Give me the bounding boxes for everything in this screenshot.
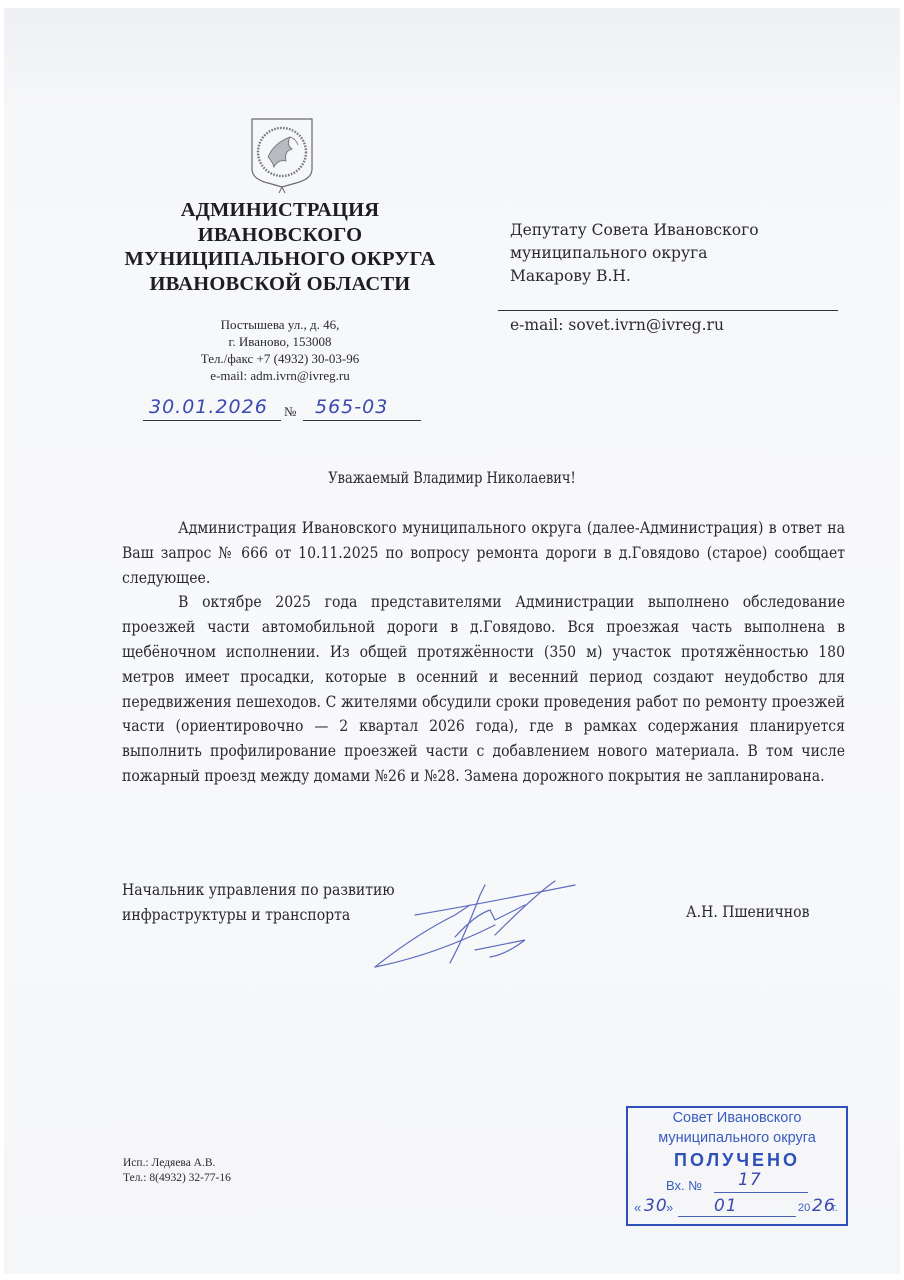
stamp-org-line: муниципального округа [628, 1130, 846, 1146]
recipient-line: муниципального округа [510, 242, 850, 265]
stamp-day: 30 [644, 1196, 668, 1216]
stamp-year-prefix: 20 [798, 1202, 810, 1214]
greeting-text: Уважаемый Владимир Николаевич! [328, 469, 575, 487]
organization-name: АДМИНИСТРАЦИЯ ИВАНОВСКОГО МУНИЦИПАЛЬНОГО… [110, 198, 450, 296]
phone-line: Тел./факс +7 (4932) 30-03-96 [130, 350, 430, 367]
stamp-year-g: г. [832, 1202, 838, 1214]
received-stamp: Совет Ивановского муниципального округа … [626, 1106, 848, 1226]
recipient-email: e-mail: sovet.ivrn@ivreg.ru [510, 314, 724, 336]
executor-phone: Тел.: 8(4932) 32-77-16 [123, 1171, 231, 1186]
recipient-name: Макарову В.Н. [510, 265, 850, 288]
body-paragraph: Администрация Ивановского муниципального… [122, 516, 845, 590]
stamp-month: 01 [714, 1196, 738, 1216]
number-sign: № [284, 404, 296, 420]
recipient-block: Депутату Совета Ивановского муниципально… [510, 219, 850, 288]
organization-address: Постышева ул., д. 46, г. Иваново, 153008… [130, 316, 430, 384]
stamp-quote-close: » [666, 1200, 673, 1215]
registration-date: 30.01.2026 [149, 396, 268, 418]
signatory-name: А.Н. Пшеничнов [686, 903, 822, 921]
body-paragraph: В октябре 2025 года представителями Адми… [122, 590, 845, 788]
recipient-divider [498, 310, 838, 311]
org-line: МУНИЦИПАЛЬНОГО ОКРУГА [110, 247, 450, 272]
coat-of-arms-icon [246, 115, 318, 195]
handwritten-signature-icon [355, 875, 595, 985]
number-underline [303, 420, 421, 421]
stamp-in-label: Вх. № [666, 1178, 702, 1193]
address-line: г. Иваново, 153008 [130, 333, 430, 350]
signatory-title-line: инфраструктуры и транспорта [122, 903, 395, 928]
executor-info: Исп.: Ледяева А.В. Тел.: 8(4932) 32-77-1… [123, 1156, 231, 1186]
registration-number: 30.01.2026 № 565-03 [143, 396, 423, 424]
org-line: ИВАНОВСКОЙ ОБЛАСТИ [110, 272, 450, 297]
greeting: Уважаемый Владимир Николаевич! [0, 469, 904, 487]
letter-body: Администрация Ивановского муниципального… [122, 516, 845, 789]
stamp-month-underline [678, 1216, 796, 1217]
executor-name: Исп.: Ледяева А.В. [123, 1156, 231, 1171]
outgoing-number: 565-03 [315, 396, 388, 418]
address-line: Постышева ул., д. 46, [130, 316, 430, 333]
stamp-org-line: Совет Ивановского [628, 1110, 846, 1126]
stamp-in-number: 17 [738, 1170, 762, 1190]
stamp-status: ПОЛУЧЕНО [628, 1150, 846, 1171]
signatory-title-line: Начальник управления по развитию [122, 878, 395, 903]
org-line: АДМИНИСТРАЦИЯ [110, 198, 450, 223]
org-line: ИВАНОВСКОГО [110, 223, 450, 248]
stamp-quote-open: « [634, 1200, 641, 1215]
date-underline [143, 420, 281, 421]
stamp-in-underline [714, 1192, 808, 1193]
recipient-line: Депутату Совета Ивановского [510, 219, 850, 242]
email-line: e-mail: adm.ivrn@ivreg.ru [130, 367, 430, 384]
